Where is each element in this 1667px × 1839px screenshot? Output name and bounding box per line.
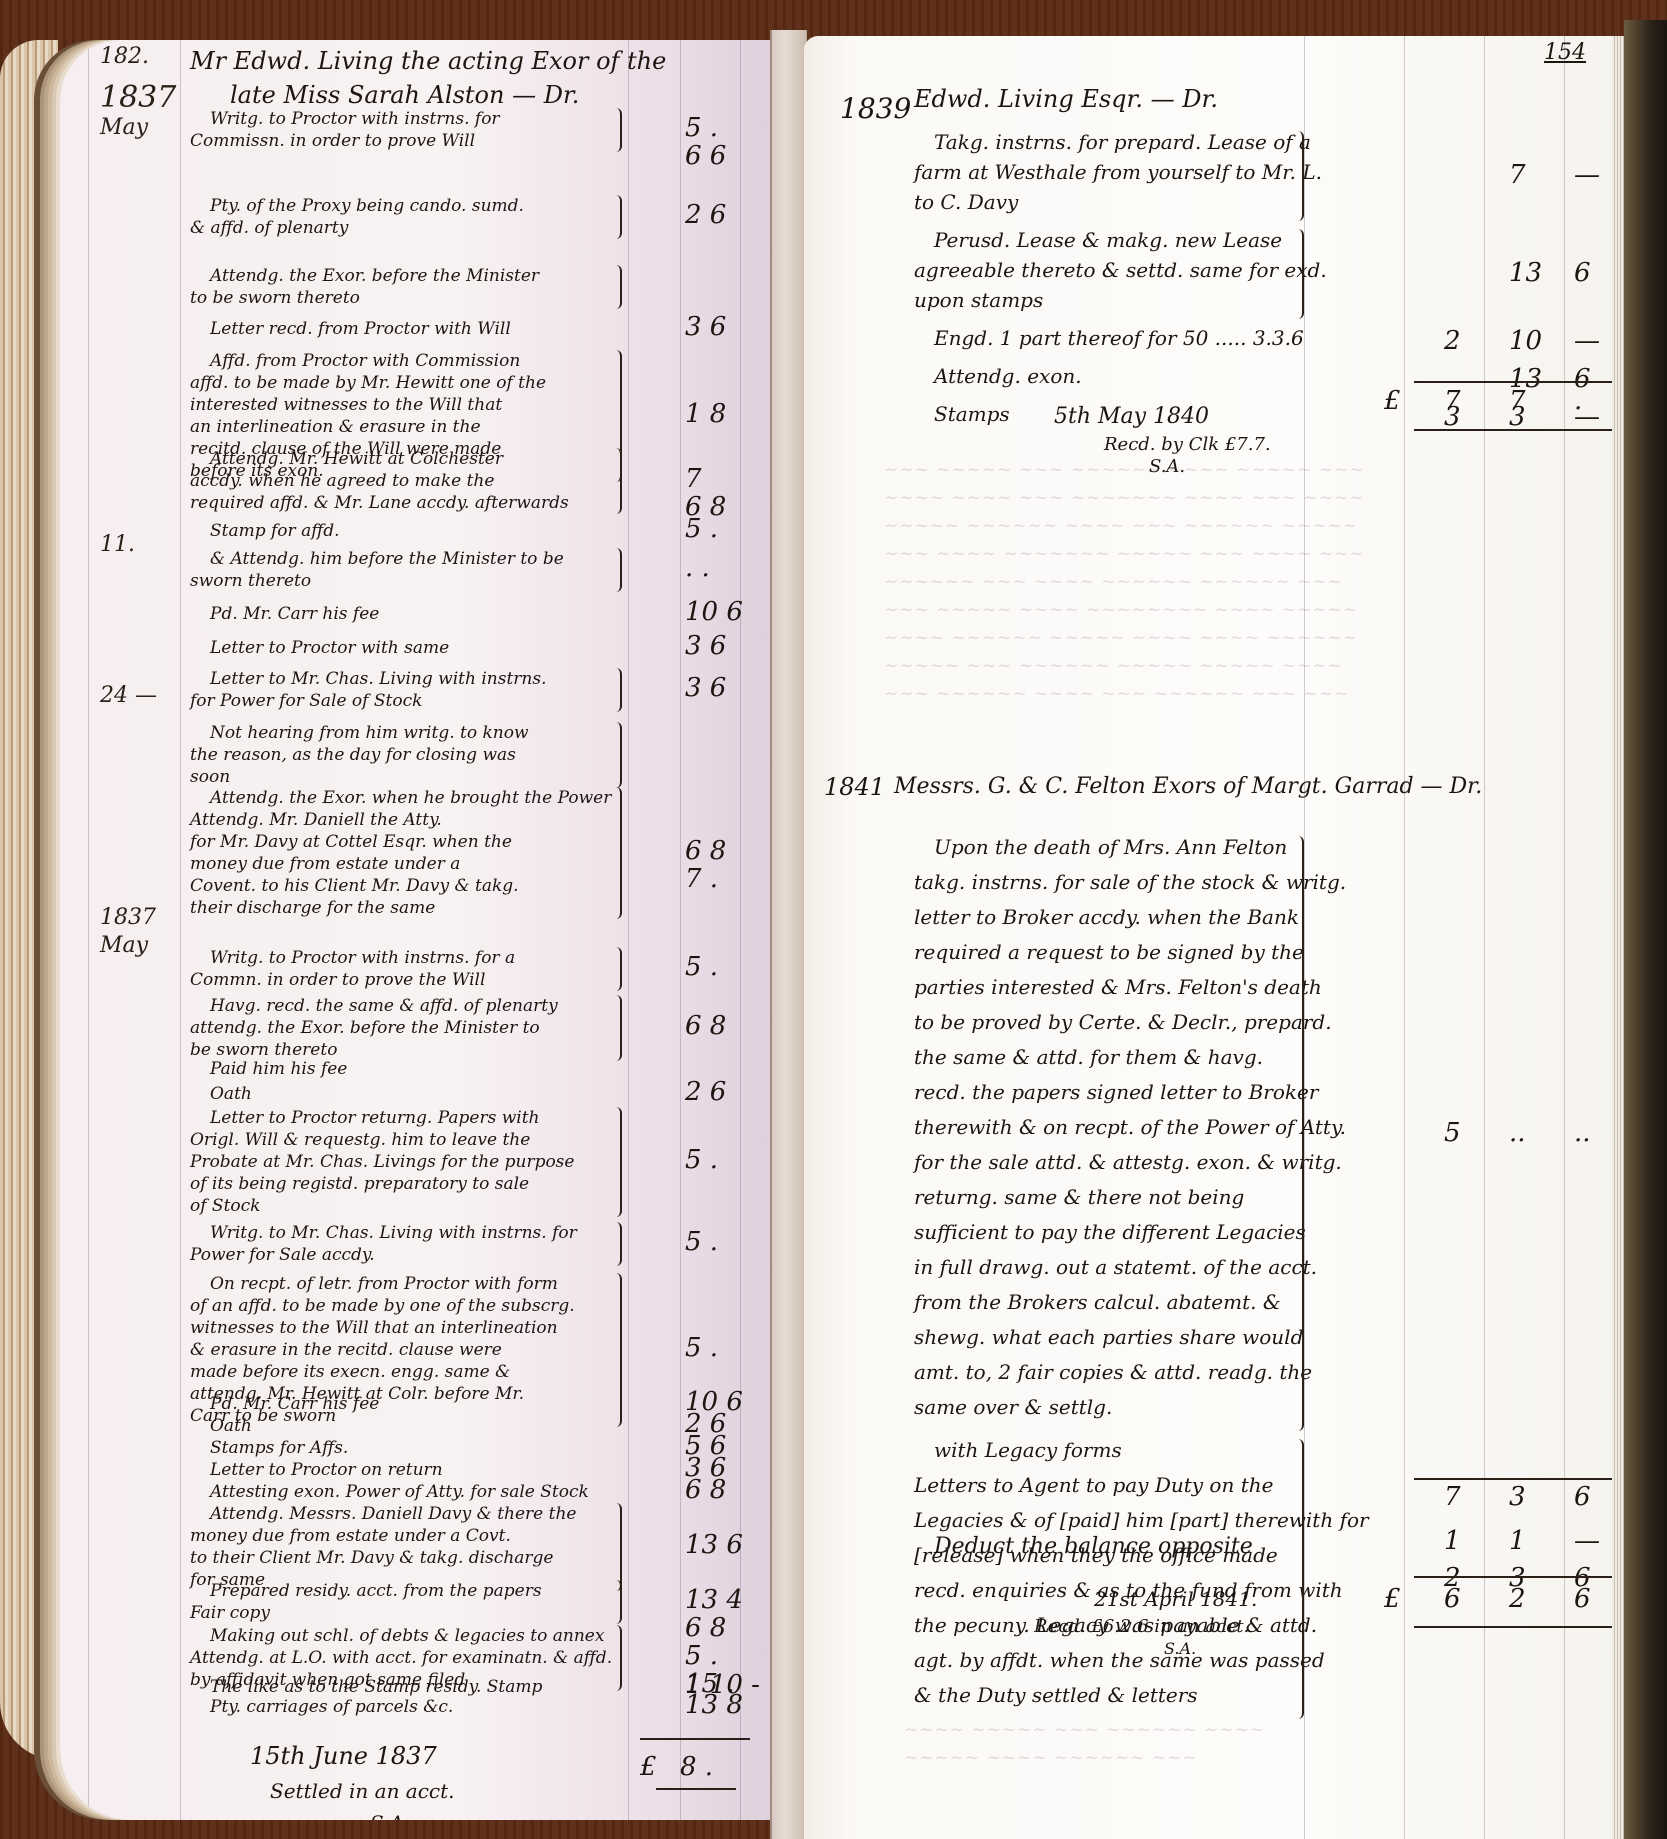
book-cover-right (1624, 20, 1667, 1839)
entry-line: Commn. in order to prove the Will (190, 969, 485, 991)
entry-line: made before its execn. engg. same & (190, 1361, 510, 1383)
entry-line: Stamp for affd. (210, 520, 340, 542)
entry-line: farm at Westhale from yourself to Mr. L. (914, 161, 1322, 183)
entry-amount: 5 . (685, 1641, 718, 1671)
entry-line: Origl. Will & requestg. him to leave the (190, 1129, 530, 1151)
entry-bracket (612, 448, 622, 514)
receipt-date: 21st April 1841. (1094, 1588, 1257, 1610)
entry-amount: . . (685, 553, 710, 583)
entry-line: Writg. to Mr. Chas. Living with instrns.… (210, 1222, 577, 1244)
entry-line: letter to Broker accdy. when the Bank (914, 906, 1299, 928)
entry-line: required affd. & Mr. Lane accdy. afterwa… (190, 492, 569, 514)
entry-line: for Power for Sale of Stock (190, 690, 422, 712)
total-pence: . (1574, 386, 1582, 416)
entry-line: Attendg. the Exor. before the Minister (210, 265, 539, 287)
entry-line: to C. Davy (914, 191, 1018, 213)
entry-line: Affd. from Proctor with Commission (210, 350, 520, 372)
entry-bracket (612, 195, 622, 239)
right-ledger-page: ~~~ ~~~~~ ~~~ ~~~~~~ ~~~~ ~~~~~ ~~~ ~~~~… (804, 36, 1624, 1839)
entry-amount: 6 6 (685, 141, 726, 171)
entry-amount: 7 . (685, 864, 718, 894)
entry-bracket (612, 108, 622, 152)
entry-line: agreeable thereto & settd. same for exd. (914, 259, 1327, 281)
entry-line: Making out schl. of debts & legacies to … (210, 1625, 604, 1647)
entry-line: Attendg. Mr. Hewitt at Colchester (210, 448, 503, 470)
entry-line: Not hearing from him writg. to know (210, 722, 529, 744)
entry-line: agt. by affdt. when the same was passed (914, 1649, 1325, 1671)
folio-number: 182. (100, 44, 149, 69)
total-shillings: 7 (1509, 386, 1526, 416)
entry-amount: 10 6 (685, 597, 743, 627)
total-pounds: 7 (1444, 386, 1461, 416)
total-amount: 8 . (680, 1752, 713, 1782)
entry-line: On recpt. of letr. from Proctor with for… (210, 1273, 558, 1295)
total-shillings: 2 (1509, 1584, 1526, 1614)
entry-amount: 3 6 (685, 673, 726, 703)
entry-line: & Attendg. him before the Minister to be (210, 548, 564, 570)
entry-line: sufficient to pay the different Legacies (914, 1221, 1306, 1243)
left-ledger-page: 182. 1837 Mr Edwd. Living the acting Exo… (60, 40, 778, 1820)
entry-line: Pd. Mr. Carr his fee (210, 603, 379, 625)
entry-line: Letter to Proctor on return (210, 1459, 443, 1481)
entry-line: Takg. instrns. for prepard. Lease of a (934, 131, 1311, 153)
entry-amount: 5 . (685, 1333, 718, 1363)
initials: S.A. (1149, 456, 1185, 478)
entry-amount-s: .. (1509, 1118, 1526, 1148)
column-rule (680, 40, 681, 1820)
entry-line: witnesses to the Will that an interlinea… (190, 1317, 558, 1339)
entry-amount-l: 5 (1444, 1118, 1461, 1148)
entry-line: Letter to Proctor with same (210, 637, 449, 659)
entry-amount: 2 6 (685, 1077, 726, 1107)
entry-bracket (612, 1273, 622, 1427)
deduct-label: Deduct the balance opposite (934, 1536, 1253, 1558)
entry-amount: 6 8 (685, 1011, 726, 1041)
book-gutter (770, 30, 807, 1839)
entry-line: money due from estate under a Covt. (190, 1525, 511, 1547)
account-heading-2: late Miss Sarah Alston — Dr. (230, 84, 579, 106)
entry-line: from the Brokers calcul. abatemt. & (914, 1291, 1281, 1313)
initials: S.A. (370, 1812, 410, 1820)
entry-amount: 2 6 (685, 200, 726, 230)
entry-line: Covent. to his Client Mr. Davy & takg. (190, 875, 519, 897)
entry-line: in full drawg. out a statemt. of the acc… (914, 1256, 1317, 1278)
entry-line: & erasure in the recitd. clause were (190, 1339, 502, 1361)
entry-bracket (612, 1503, 622, 1591)
subtotal-pounds: 7 (1444, 1482, 1461, 1512)
closing-note: Settled in an acct. (270, 1780, 455, 1802)
entry-line: to be proved by Certe. & Declr., prepard… (914, 1011, 1332, 1033)
entry-line: Havg. recd. the same & affd. of plenarty (210, 995, 558, 1017)
entry-line: an interlineation & erasure in the (190, 416, 481, 438)
entry-line: the reason, as the day for closing was (190, 744, 516, 766)
entry-bracket (612, 995, 622, 1061)
entry-bracket (612, 722, 622, 788)
entry-amount: 3 6 (685, 631, 726, 661)
page-edges-left (0, 40, 58, 1760)
margin-date: 24 — (100, 683, 157, 708)
entry-line: amt. to, 2 fair copies & attd. readg. th… (914, 1361, 1312, 1383)
entry-amount-l: 2 (1444, 326, 1461, 356)
margin-rule (180, 40, 181, 1820)
pound-symbol: £ (1384, 386, 1401, 416)
entry-line: The like as to the Stamp residy. Stamp (210, 1676, 542, 1698)
entry-amount-d: — (1574, 326, 1600, 356)
entry-line: Engd. 1 part thereof for 50 ..... 3.3.6 (934, 327, 1304, 349)
entry-amount-s: 10 (1509, 326, 1542, 356)
entry-bracket (612, 1107, 622, 1217)
entry-line: Pty. of the Proxy being cando. sumd. (210, 195, 524, 217)
bleed-through-text: ~~~~ ~~~~~ ~~~ ~~~~~~ ~~~~ ~~~~~ ~~~~ ~~… (904, 1716, 1504, 1772)
year-label: 1841 (824, 776, 885, 798)
entry-line: attendg. the Exor. before the Minister t… (190, 1017, 540, 1039)
year-label: 1837 (100, 80, 176, 115)
initials: S.A. (1164, 1638, 1196, 1660)
margin-rule (88, 40, 89, 1820)
entry-line: money due from estate under a (190, 853, 460, 875)
entry-amount-d: 6 (1574, 258, 1591, 288)
entry-line: Probate at Mr. Chas. Livings for the pur… (190, 1151, 574, 1173)
entry-line: upon stamps (914, 289, 1043, 311)
entry-line: Attesting exon. Power of Atty. for sale … (210, 1481, 589, 1503)
entry-line: Attendg. Mr. Daniell the Atty. (190, 809, 442, 831)
entry-line: Attendg. exon. (934, 365, 1082, 387)
entry-amount-d: .. (1574, 1118, 1591, 1148)
folio-number: 154 (1544, 42, 1586, 64)
entry-bracket (612, 668, 622, 712)
closing-date: 15th June 1837 (250, 1745, 437, 1767)
entry-bracket (612, 947, 622, 991)
entry-line: accdy. when he agreed to make the (190, 470, 494, 492)
entry-line: to their Client Mr. Davy & takg. dischar… (190, 1547, 553, 1569)
entry-line: interested witnesses to the Will that (190, 394, 502, 416)
column-rule (1404, 36, 1405, 1839)
entry-amount: 5 . (685, 113, 718, 143)
entry-line: Paid him his fee (210, 1058, 347, 1080)
deduct-pounds: 1 (1444, 1526, 1461, 1556)
subtotal-shillings: 3 (1509, 1482, 1526, 1512)
entry-line: Attendg. the Exor. when he brought the P… (210, 787, 611, 809)
entry-line: takg. instrns. for sale of the stock & w… (914, 871, 1346, 893)
receipt-note: Recd. by Clk £7.7. (1104, 434, 1271, 456)
entry-bracket (612, 548, 622, 592)
entry-line: the same & attd. for them & havg. (914, 1046, 1263, 1068)
entry-line: Stamps (934, 403, 1010, 425)
entry-amount: 5 . (685, 1145, 718, 1175)
entry-line: Letters to Agent to pay Duty on the (914, 1474, 1273, 1496)
entry-line: & affd. of plenarty (190, 217, 348, 239)
entry-line: Letter to Proctor returng. Papers with (210, 1107, 540, 1129)
entry-line: Letter recd. from Proctor with Will (210, 318, 511, 340)
deduct-pence: — (1574, 1526, 1600, 1556)
entry-line: required a request to be signed by the (914, 941, 1304, 963)
column-rule (1484, 36, 1485, 1839)
entry-line: Perusd. Lease & makg. new Lease (934, 229, 1282, 251)
entry-line: for the sale attd. & attestg. exon. & wr… (914, 1151, 1342, 1173)
entry-line: their discharge for the same (190, 897, 435, 919)
subtotal-rule (1414, 1478, 1614, 1480)
account-heading: Mr Edwd. Living the acting Exor of the (190, 50, 666, 72)
entry-bracket (612, 1580, 622, 1624)
entry-line: of its being registd. preparatory to sal… (190, 1173, 529, 1195)
total-pence: 6 (1574, 1584, 1591, 1614)
entry-bracket (1294, 836, 1304, 1431)
entry-line: parties interested & Mrs. Felton's death (914, 976, 1322, 998)
year-label: 1839 (840, 98, 911, 120)
entry-amount: 7 (685, 464, 702, 494)
margin-date: May (100, 115, 148, 140)
entry-line: & the Duty settled & letters (914, 1684, 1198, 1706)
entry-line: for Mr. Davy at Cottel Esqr. when the (190, 831, 512, 853)
entry-amount: 13 4 (685, 1585, 743, 1615)
entry-amount: 3 6 (685, 312, 726, 342)
receipt-date: 5th May 1840 (1054, 406, 1209, 428)
entry-line: Upon the death of Mrs. Ann Felton (934, 836, 1287, 858)
entry-amount-d: — (1574, 160, 1600, 190)
entry-line: Writg. to Proctor with instrns. for (210, 108, 500, 130)
entry-line: with Legacy forms (934, 1439, 1122, 1461)
receipt-note: Recd. £6.2.6 in an acct. (1034, 1616, 1249, 1638)
total-rule (640, 1738, 750, 1740)
account-heading: Edwd. Living Esqr. — Dr. (914, 88, 1218, 110)
entry-line: Prepared residy. acct. from the papers (210, 1580, 542, 1602)
entry-line: Attendg. Messrs. Daniell Davy & there th… (210, 1503, 576, 1525)
pound-symbol: £ (640, 1752, 657, 1782)
entry-bracket (1294, 229, 1304, 319)
entry-line: shewg. what each parties share would (914, 1326, 1303, 1348)
entry-bracket (612, 265, 622, 309)
entry-bracket (612, 1625, 622, 1691)
entry-line: Commissn. in order to prove Will (190, 130, 475, 152)
entry-amount: 13 6 (685, 1530, 743, 1560)
margin-date: 1837 (100, 905, 156, 930)
pound-symbol: £ (1384, 1584, 1401, 1614)
bleed-through-text: ~~~ ~~~~~ ~~~ ~~~~~~ ~~~~ ~~~~~ ~~~ ~~~~… (884, 456, 1564, 708)
margin-date: May (100, 933, 148, 958)
entry-line: recd. the papers signed letter to Broker (914, 1081, 1318, 1103)
deduct-shillings: 1 (1509, 1526, 1526, 1556)
column-rule (628, 40, 629, 1820)
entry-bracket (612, 1222, 622, 1266)
margin-date: 11. (100, 532, 135, 557)
entry-amount: 6 8 (685, 1613, 726, 1643)
entry-line: Power for Sale accdy. (190, 1244, 375, 1266)
entry-line: Stamps for Affs. (210, 1437, 348, 1459)
entry-bracket (1294, 131, 1304, 221)
entry-line: same over & settlg. (914, 1396, 1112, 1418)
entry-line: sworn thereto (190, 570, 311, 592)
entry-line: returng. same & there not being (914, 1186, 1244, 1208)
entry-line: to be sworn thereto (190, 287, 360, 309)
column-rule (1564, 36, 1565, 1839)
entry-line: Oath (210, 1415, 252, 1437)
entry-amount: 13 8 (685, 1690, 743, 1720)
account-heading: Messrs. G. & C. Felton Exors of Margt. G… (894, 776, 1482, 798)
entry-bracket (1294, 1439, 1304, 1719)
entry-amount: 6 8 (685, 1475, 726, 1505)
column-rule (1304, 36, 1305, 1839)
entry-amount-s: 13 (1509, 258, 1542, 288)
entry-line: Letter to Mr. Chas. Living with instrns. (210, 668, 547, 690)
subtotal-pence: 6 (1574, 1482, 1591, 1512)
entry-line: soon (190, 766, 230, 788)
entry-amount-s: 7 (1509, 160, 1526, 190)
entry-line: therewith & on recpt. of the Power of At… (914, 1116, 1346, 1138)
entry-line: Pd. Mr. Carr his fee (210, 1393, 379, 1415)
entry-line: of an affd. to be made by one of the sub… (190, 1295, 575, 1317)
entry-line: Attendg. at L.O. with acct. for examinat… (190, 1647, 612, 1669)
entry-amount: 1 8 (685, 399, 726, 429)
entry-bracket (612, 787, 622, 919)
entry-line: Oath (210, 1083, 252, 1105)
entry-amount: 5 . (685, 952, 718, 982)
entry-line: of Stock (190, 1195, 260, 1217)
total-pounds: 6 (1444, 1584, 1461, 1614)
entry-line: Pty. carriages of parcels &c. (210, 1696, 453, 1718)
entry-line: Writg. to Proctor with instrns. for a (210, 947, 515, 969)
entry-amount: 5 . (685, 514, 718, 544)
entry-line: affd. to be made by Mr. Hewitt one of th… (190, 372, 546, 394)
entry-line: Fair copy (190, 1602, 270, 1624)
entry-amount: 6 8 (685, 836, 726, 866)
total-underline (656, 1788, 736, 1790)
entry-amount: 5 . (685, 1227, 718, 1257)
